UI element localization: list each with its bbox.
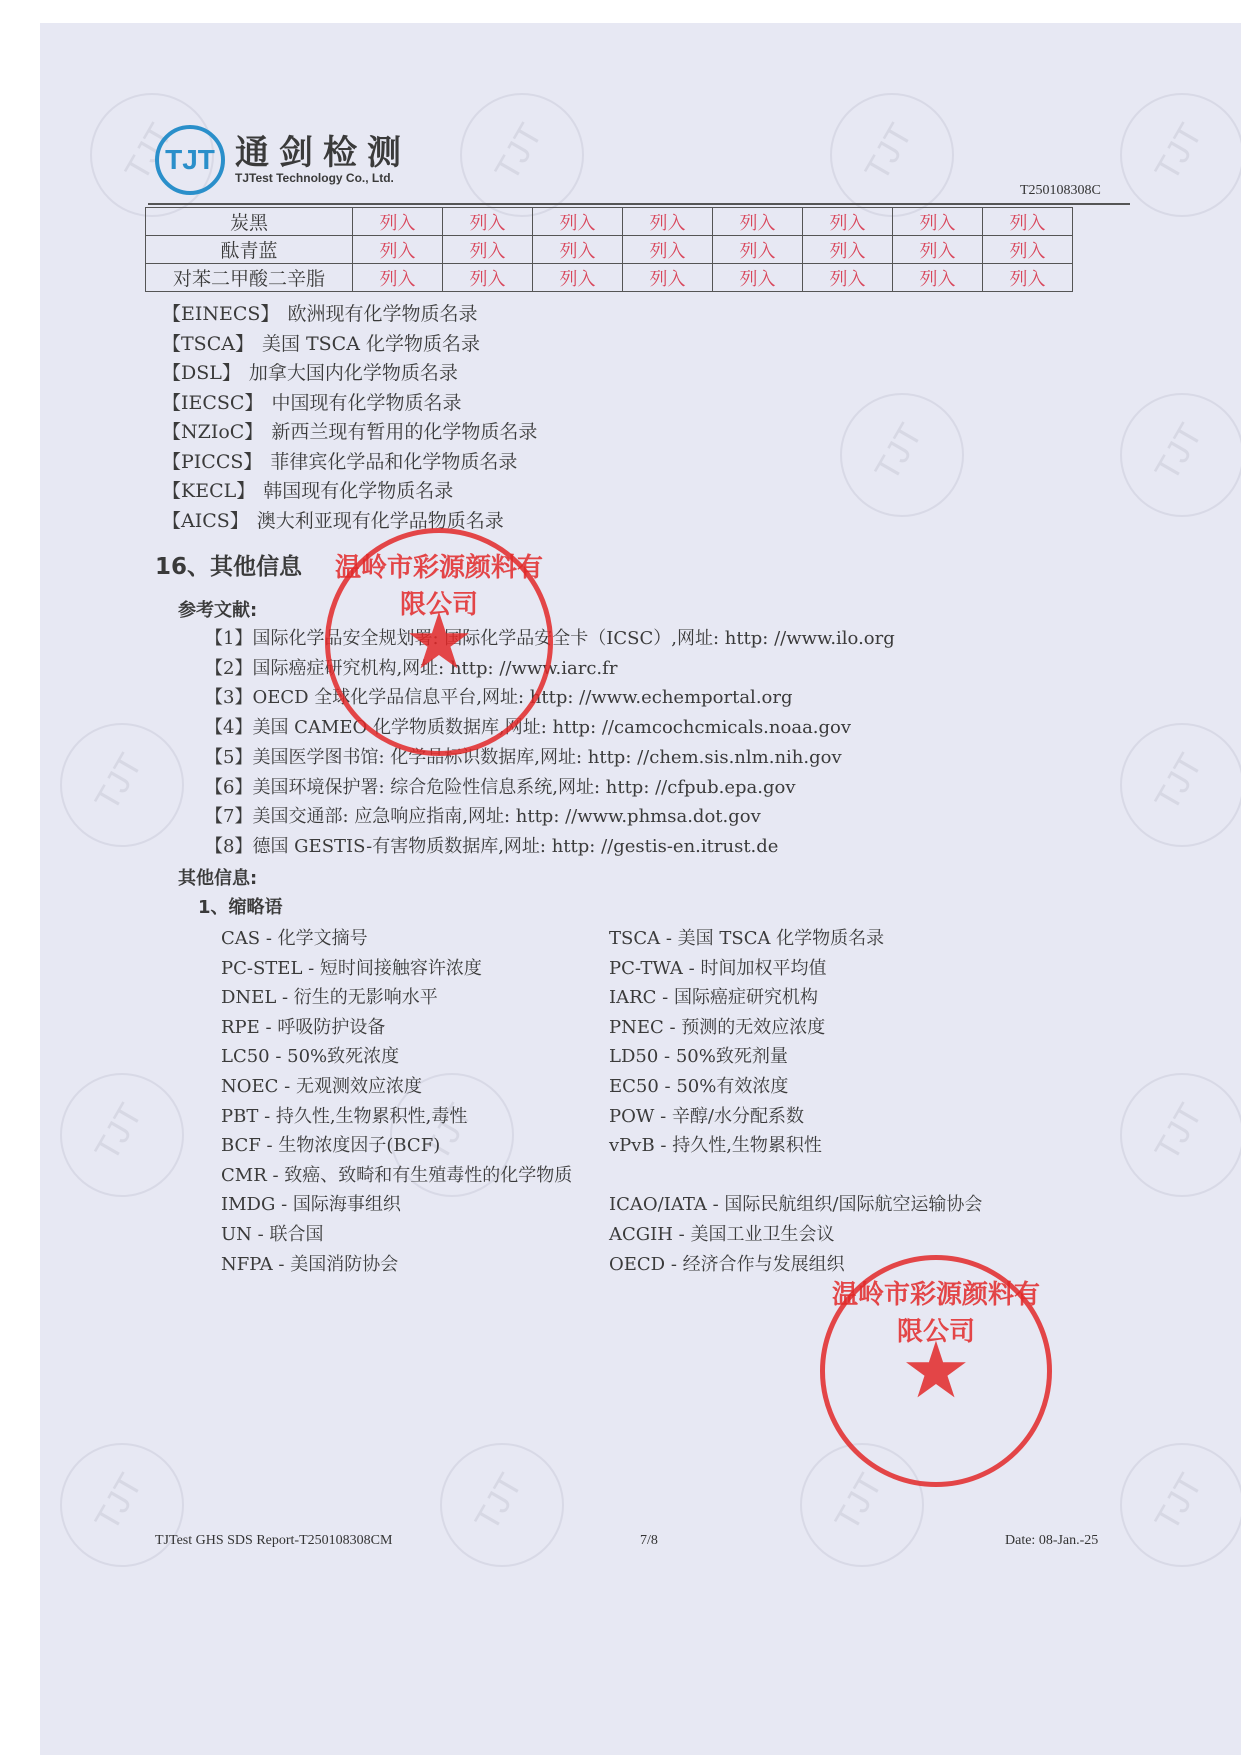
inventory-status-cell: 列入 <box>803 236 893 264</box>
watermark <box>1120 393 1241 517</box>
watermark <box>840 393 964 517</box>
abbreviation-item: CAS - 化学文摘号 <box>221 924 609 954</box>
abbreviation-item: PNEC - 预测的无效应浓度 <box>609 1013 825 1043</box>
abbreviation-item: BCF - 生物浓度因子(BCF) <box>221 1131 609 1161</box>
list-item: 【KECL】韩国现有化学物质名录 <box>162 477 537 507</box>
abbreviation-item: TSCA - 美国 TSCA 化学物质名录 <box>609 924 884 954</box>
watermark <box>440 1443 564 1567</box>
company-name-cn: 通剑检测 <box>235 135 411 171</box>
abbreviation-row: IMDG - 国际海事组织ICAO/IATA - 国际民航组织/国际航空运输协会 <box>221 1190 1121 1220</box>
substance-name: 酞青蓝 <box>146 236 353 264</box>
inventory-description: 加拿大国内化学物质名录 <box>249 362 458 384</box>
footer-date: Date: 08-Jan.-25 <box>1005 1533 1098 1549</box>
watermark <box>1120 1443 1241 1567</box>
inventory-status-cell: 列入 <box>623 264 713 292</box>
company-name-en: TJTest Technology Co., Ltd. <box>235 171 411 185</box>
inventory-description: 中国现有化学物质名录 <box>271 392 461 414</box>
footer-page-number: 7/8 <box>640 1533 658 1549</box>
watermark <box>60 723 184 847</box>
inventory-description: 美国 TSCA 化学物质名录 <box>262 333 480 355</box>
inventory-legend: 【EINECS】欧洲现有化学物质名录【TSCA】美国 TSCA 化学物质名录【D… <box>162 300 537 536</box>
reference-item: 【7】美国交通部: 应急响应指南,网址: http: //www.phmsa.d… <box>205 802 895 832</box>
company-logo: TJT 通剑检测 TJTest Technology Co., Ltd. <box>155 125 411 195</box>
inventory-status-cell: 列入 <box>893 208 983 236</box>
inventory-table: 炭黑列入列入列入列入列入列入列入列入酞青蓝列入列入列入列入列入列入列入列入对苯二… <box>145 207 1073 292</box>
watermark <box>60 1073 184 1197</box>
inventory-status-cell: 列入 <box>803 264 893 292</box>
inventory-code: 【IECSC】 <box>162 392 263 414</box>
abbreviation-item: IMDG - 国际海事组织 <box>221 1190 609 1220</box>
abbreviation-item: LD50 - 50%致死剂量 <box>609 1042 788 1072</box>
inventory-status-cell: 列入 <box>443 236 533 264</box>
reference-item: 【6】美国环境保护署: 综合危险性信息系统,网址: http: //cfpub.… <box>205 773 895 803</box>
list-item: 【AICS】澳大利亚现有化学品物质名录 <box>162 507 537 537</box>
inventory-status-cell: 列入 <box>803 208 893 236</box>
abbreviation-item: LC50 - 50%致死浓度 <box>221 1042 609 1072</box>
abbreviation-item: DNEL - 衍生的无影响水平 <box>221 983 609 1013</box>
watermark <box>830 93 954 217</box>
abbreviation-item: OECD - 经济合作与发展组织 <box>609 1250 845 1280</box>
abbreviation-row: LC50 - 50%致死浓度LD50 - 50%致死剂量 <box>221 1042 1121 1072</box>
abbreviation-row: CAS - 化学文摘号TSCA - 美国 TSCA 化学物质名录 <box>221 924 1121 954</box>
inventory-status-cell: 列入 <box>533 208 623 236</box>
inventory-description: 菲律宾化学品和化学物质名录 <box>270 451 517 473</box>
abbreviation-item: PC-TWA - 时间加权平均值 <box>609 954 826 984</box>
abbreviation-item: ACGIH - 美国工业卫生会议 <box>609 1220 834 1250</box>
abbreviation-row: BCF - 生物浓度因子(BCF)vPvB - 持久性,生物累积性 <box>221 1131 1121 1161</box>
abbreviation-item: vPvB - 持久性,生物累积性 <box>609 1131 822 1161</box>
abbreviations-title: 1、缩略语 <box>198 893 283 919</box>
abbreviation-item: IARC - 国际癌症研究机构 <box>609 983 818 1013</box>
abbreviation-row: RPE - 呼吸防护设备PNEC - 预测的无效应浓度 <box>221 1013 1121 1043</box>
watermark <box>1120 723 1241 847</box>
references-label: 参考文献: <box>178 596 257 622</box>
inventory-status-cell: 列入 <box>533 236 623 264</box>
list-item: 【IECSC】中国现有化学物质名录 <box>162 389 537 419</box>
logo-emblem-icon: TJT <box>155 125 225 195</box>
abbreviation-row: DNEL - 衍生的无影响水平IARC - 国际癌症研究机构 <box>221 983 1121 1013</box>
abbreviation-row: UN - 联合国ACGIH - 美国工业卫生会议 <box>221 1220 1121 1250</box>
list-item: 【PICCS】菲律宾化学品和化学物质名录 <box>162 448 537 478</box>
abbreviation-item: NFPA - 美国消防协会 <box>221 1250 609 1280</box>
abbreviation-row: NOEC - 无观测效应浓度EC50 - 50%有效浓度 <box>221 1072 1121 1102</box>
inventory-status-cell: 列入 <box>353 236 443 264</box>
inventory-status-cell: 列入 <box>983 236 1073 264</box>
reference-item: 【3】OECD 全球化学品信息平台,网址: http: //www.echemp… <box>205 683 895 713</box>
footer-report-id: TJTest GHS SDS Report-T250108308CM <box>155 1533 392 1549</box>
inventory-status-cell: 列入 <box>353 264 443 292</box>
inventory-description: 澳大利亚现有化学品物质名录 <box>257 510 504 532</box>
inventory-status-cell: 列入 <box>893 236 983 264</box>
company-seal: 温岭市彩源颜料有限公司 ★ <box>325 528 553 756</box>
inventory-status-cell: 列入 <box>713 236 803 264</box>
abbreviation-item: PBT - 持久性,生物累积性,毒性 <box>221 1102 609 1132</box>
inventory-description: 新西兰现有暂用的化学物质名录 <box>271 421 537 443</box>
inventory-status-cell: 列入 <box>623 208 713 236</box>
list-item: 【NZIoC】新西兰现有暂用的化学物质名录 <box>162 418 537 448</box>
other-info-label: 其他信息: <box>178 864 257 890</box>
inventory-status-cell: 列入 <box>713 264 803 292</box>
section-title: 16、其他信息 <box>155 548 302 581</box>
abbreviation-item: UN - 联合国 <box>221 1220 609 1250</box>
abbreviation-item: NOEC - 无观测效应浓度 <box>221 1072 609 1102</box>
abbreviation-row: PC-STEL - 短时间接触容许浓度PC-TWA - 时间加权平均值 <box>221 954 1121 984</box>
substance-name: 对苯二甲酸二辛脂 <box>146 264 353 292</box>
inventory-code: 【NZIoC】 <box>162 421 263 443</box>
inventory-status-cell: 列入 <box>893 264 983 292</box>
inventory-code: 【EINECS】 <box>162 303 279 325</box>
abbreviation-item: RPE - 呼吸防护设备 <box>221 1013 609 1043</box>
watermark <box>460 93 584 217</box>
reference-item: 【8】德国 GESTIS-有害物质数据库,网址: http: //gestis-… <box>205 832 895 862</box>
watermark <box>1120 93 1241 217</box>
inventory-status-cell: 列入 <box>983 208 1073 236</box>
document-id: T250108308C <box>1020 183 1101 199</box>
inventory-description: 欧洲现有化学物质名录 <box>287 303 477 325</box>
company-seal: 温岭市彩源颜料有限公司 ★ <box>820 1255 1052 1487</box>
inventory-status-cell: 列入 <box>353 208 443 236</box>
table-row: 对苯二甲酸二辛脂列入列入列入列入列入列入列入列入 <box>146 264 1073 292</box>
abbreviation-row: PBT - 持久性,生物累积性,毒性POW - 辛醇/水分配系数 <box>221 1102 1121 1132</box>
inventory-code: 【TSCA】 <box>162 333 254 355</box>
abbreviation-item: POW - 辛醇/水分配系数 <box>609 1102 804 1132</box>
star-icon: ★ <box>404 603 474 681</box>
abbreviation-item: CMR - 致癌、致畸和有生殖毒性的化学物质 <box>221 1161 572 1191</box>
inventory-status-cell: 列入 <box>623 236 713 264</box>
inventory-status-cell: 列入 <box>443 264 533 292</box>
inventory-status-cell: 列入 <box>443 208 533 236</box>
inventory-code: 【KECL】 <box>162 480 255 502</box>
table-row: 酞青蓝列入列入列入列入列入列入列入列入 <box>146 236 1073 264</box>
star-icon: ★ <box>901 1332 971 1410</box>
abbreviation-item: EC50 - 50%有效浓度 <box>609 1072 788 1102</box>
table-row: 炭黑列入列入列入列入列入列入列入列入 <box>146 208 1073 236</box>
abbreviations-list: CAS - 化学文摘号TSCA - 美国 TSCA 化学物质名录PC-STEL … <box>221 924 1121 1279</box>
abbreviation-item: PC-STEL - 短时间接触容许浓度 <box>221 954 609 984</box>
reference-item: 【5】美国医学图书馆: 化学品标识数据库,网址: http: //chem.si… <box>205 743 895 773</box>
inventory-code: 【DSL】 <box>162 362 241 384</box>
inventory-status-cell: 列入 <box>983 264 1073 292</box>
list-item: 【DSL】加拿大国内化学物质名录 <box>162 359 537 389</box>
inventory-status-cell: 列入 <box>713 208 803 236</box>
inventory-code: 【AICS】 <box>162 510 249 532</box>
header-divider <box>148 203 1130 205</box>
watermark <box>1120 1073 1241 1197</box>
reference-item: 【4】美国 CAMEO 化学物质数据库,网址: http: //camcochc… <box>205 713 895 743</box>
list-item: 【TSCA】美国 TSCA 化学物质名录 <box>162 330 537 360</box>
abbreviation-item: ICAO/IATA - 国际民航组织/国际航空运输协会 <box>609 1190 982 1220</box>
substance-name: 炭黑 <box>146 208 353 236</box>
inventory-code: 【PICCS】 <box>162 451 262 473</box>
list-item: 【EINECS】欧洲现有化学物质名录 <box>162 300 537 330</box>
inventory-status-cell: 列入 <box>533 264 623 292</box>
inventory-description: 韩国现有化学物质名录 <box>263 480 453 502</box>
abbreviation-row: CMR - 致癌、致畸和有生殖毒性的化学物质 <box>221 1161 1121 1191</box>
